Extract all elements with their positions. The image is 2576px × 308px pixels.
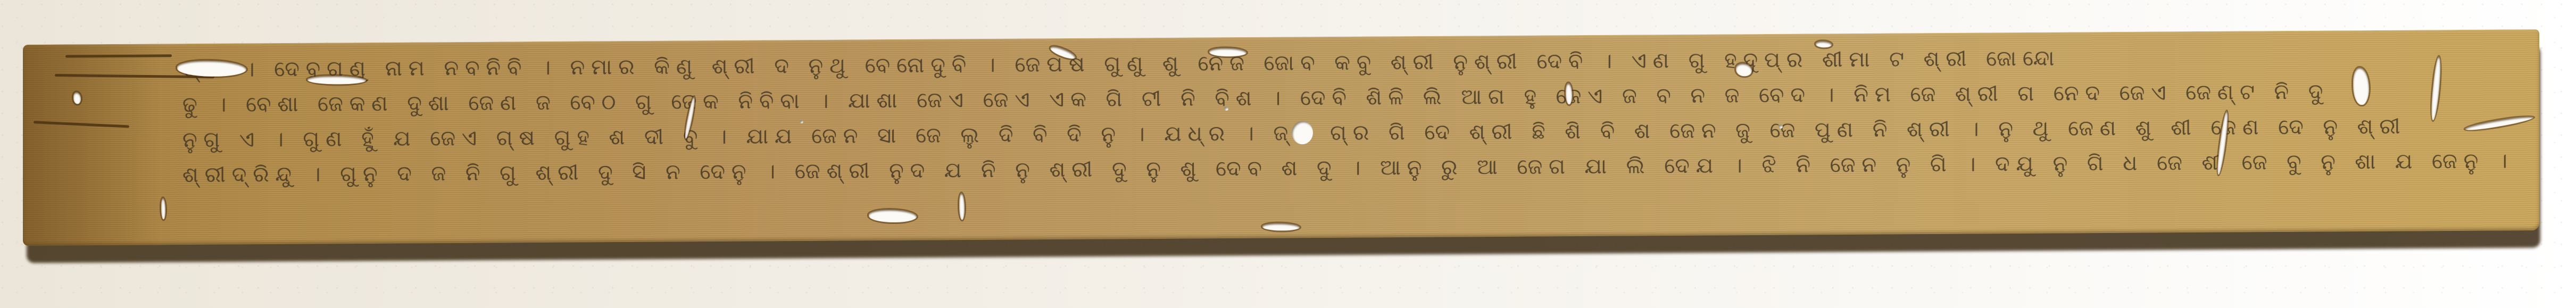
worm-hole [1736, 63, 1752, 76]
manuscript-line-2: ଢୁ । ବେଶା ଜେକଣ ଦୁଶା ଜେଣ ଜ ବେଠ ଗୁ ଜେକ ନିବ… [182, 80, 2329, 118]
manuscript-line-1: ଶ୍ରୀ । ଦେବୁଗୁଣୁ ନାମ ନବନିବି । ନମାର କିଣୁ ଶ… [182, 46, 2060, 82]
worm-hole [869, 210, 917, 223]
small-worm-hole [800, 120, 803, 123]
worm-hole [308, 76, 366, 85]
palm-leaf-folio: ଶ୍ରୀ । ଦେବୁଗୁଣୁ ନାମ ନବନିବି । ନମାର କିଣୁ ଶ… [23, 29, 2539, 246]
manuscript-text: ଶ୍ରୀ । ଦେବୁଗୁଣୁ ନାମ ନବନିବି । ନମାର କିଣୁ ଶ… [23, 29, 2539, 246]
small-worm-hole [1224, 106, 1228, 111]
binding-string-hole [1292, 121, 1313, 144]
manuscript-line-4: ଶ୍ରୀଦ୍ରିନ୍ଦୁ । ଗୁନୁ ଦ ଜ ନି ଗୁ ଶ୍ରୀ ଦୁ ସି… [182, 148, 2514, 187]
worm-hole [1816, 41, 1832, 47]
worm-hole [1262, 223, 1300, 230]
worm-hole [1209, 48, 1247, 56]
worm-hole [73, 92, 81, 104]
small-worm-hole [1779, 124, 1783, 129]
